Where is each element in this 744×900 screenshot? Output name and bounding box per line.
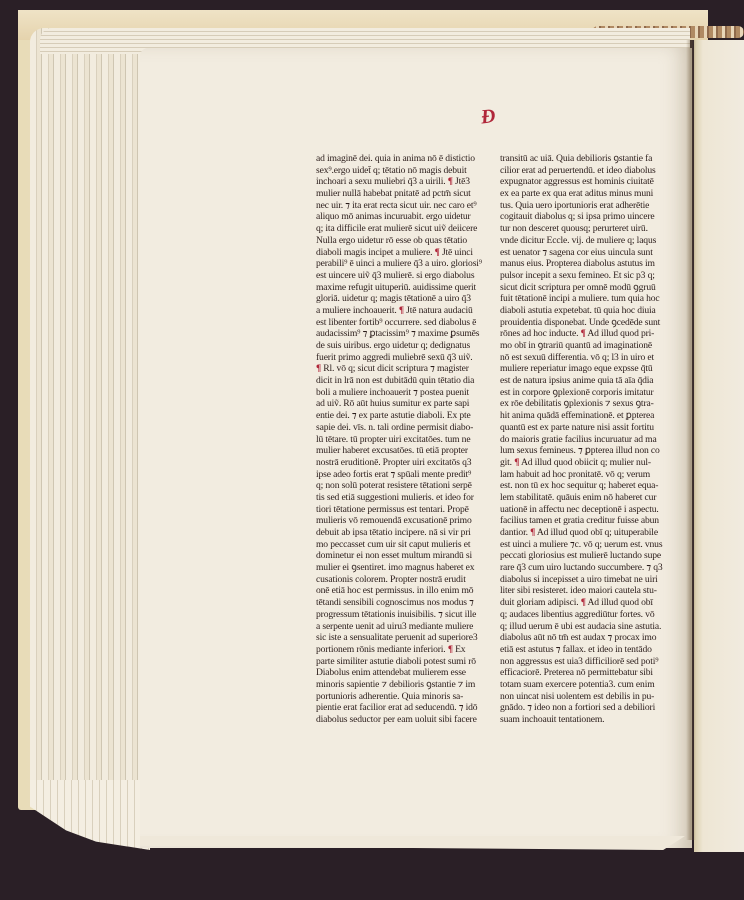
text-line: maxime refugit uituperiū. auidissime que… (316, 282, 490, 294)
text-line: portunioris adherentie. Quia minoris sa- (316, 691, 490, 703)
text-line: gloriā. uidetur q; magis tētationē a uir… (316, 293, 490, 305)
text-line: git. ¶ Ad illud quod obiicit q; mulier n… (500, 457, 674, 469)
text-line: onē etiā hoc est permissus. in illo enim… (316, 585, 490, 597)
text-line: perabili⁹ ē uinci a muliere q̄3 a uiro. … (316, 258, 490, 270)
text-line: dicit in lrā non est dubitādū quin tētat… (316, 375, 490, 387)
text-line: Nulla ergo uidetur rō esse ob quas tētat… (316, 235, 490, 247)
text-line: tus. Quia uero iportunioris erat adherēt… (500, 200, 674, 212)
text-line: debuit ab ipsa tētatio incipere. nā si v… (316, 527, 490, 539)
text-line: prouidentia disponebat. Unde ꝯcedēde sun… (500, 317, 674, 329)
text-line: etiā est astutus ⁊ fallax. et ideo in te… (500, 644, 674, 656)
text-line: transitū ac uiā. Quia debilioris ꝯstanti… (500, 153, 674, 165)
text-line: lem stabilitatē. quāuis enim nō haberet … (500, 492, 674, 504)
text-line: lū tētare. tū propter uiri excitatōes. t… (316, 434, 490, 446)
pilcrow-rubric: ¶ (448, 176, 453, 187)
text-line: sic iste a sensualitate peruenit ad supe… (316, 632, 490, 644)
photograph-scene: Đ ad imaginē dei. quia in anima nō ē dis… (0, 0, 744, 900)
text-line: cilior erat ad peruertendū. et ideo diab… (500, 165, 674, 177)
text-line: est libenter fortib⁹ occurrere. sed diab… (316, 317, 490, 329)
text-line: ad imaginē dei. quia in anima nō ē disti… (316, 153, 490, 165)
pilcrow-rubric: ¶ (399, 305, 404, 316)
text-line: pulsor incepit a sexu femineo. Et sic p3… (500, 270, 674, 282)
text-line: cusationis colorem. Propter nostrā erudi… (316, 574, 490, 586)
text-line: ¶ Rl. vō q; sicut dicit scriptura ⁊ magi… (316, 363, 490, 375)
pilcrow-rubric: ¶ (514, 457, 519, 468)
text-line: portionem rōnis mediante inferiori. ¶ Ex (316, 644, 490, 656)
text-line: non uincat nisi uolentem est debilis in … (500, 691, 674, 703)
text-line: expugnator aggressus est hominis ciuitat… (500, 176, 674, 188)
text-line: entie dei. ⁊ ex parte astutie diaboli. E… (316, 410, 490, 422)
text-line: mo peccasset cum uir sit caput mulieris … (316, 539, 490, 551)
rubricated-signature-mark: Đ (480, 106, 493, 130)
text-line: diabolus aūt nō tm̄ est audax ⁊ procax i… (500, 632, 674, 644)
gutter-shadow (686, 40, 696, 840)
text-line: diabolus si incepisset a uiro timebat ne… (500, 574, 674, 586)
page-block-fore-edge (30, 28, 150, 788)
text-line: rare q̄3 cum uiro luctando succumbere. ⁊… (500, 562, 674, 574)
text-line: inchoari a sexu muliebri q̄3 a uirili. ¶… (316, 176, 490, 188)
text-line: uationē in affectu nec deceptionē i aspe… (500, 504, 674, 516)
text-line: mo obī in ꝯtrariū quantū ad imaginationē (500, 340, 674, 352)
text-line: q; non solū poterat resistere tētationi … (316, 480, 490, 492)
text-line: cogitauit diabolus q; si ipsa primo uinc… (500, 211, 674, 223)
text-line: nostrā eruditionē. Propter uiri excitatō… (316, 457, 490, 469)
text-line: est in corpore ꝯplexionē corporis imitat… (500, 387, 674, 399)
text-line: totam suam exercere potentia3. cum enim (500, 679, 674, 691)
text-line: peccati gloriosius est mulierē luctando … (500, 550, 674, 562)
text-line: tur non desceret quousq; perurteret uirū… (500, 223, 674, 235)
text-line: liter sibi resisteret. ideo maiori caute… (500, 585, 674, 597)
text-line: parte similiter astutie diaboli potest s… (316, 656, 490, 668)
text-line: lum sexus femineus. ⁊ ꝑpterea illud non … (500, 445, 674, 457)
text-line: est uinci a muliere ⁊c. vō q; uerum est.… (500, 539, 674, 551)
pilcrow-rubric: ¶ (316, 363, 321, 374)
text-line: a serpente uenit ad uiru3 mediante mulie… (316, 621, 490, 633)
text-line: manus eius. Propterea diabolus astutus i… (500, 258, 674, 270)
text-line: vnde dicitur Eccle. vij. de muliere q; l… (500, 235, 674, 247)
text-line: mulier nullā habebat pnitatē ad pctm̄ si… (316, 188, 490, 200)
text-line: lam habuit ad hoc pronitatē. vō q; verum (500, 469, 674, 481)
text-line: diabolus seductor per eam uoluit sibi fa… (316, 714, 490, 726)
text-line: facilius tamen et gratia creditur fuisse… (500, 515, 674, 527)
text-column-right: transitū ac uiā. Quia debilioris ꝯstanti… (500, 153, 674, 726)
text-line: de suis uiribus. ergo uidetur q; dedigna… (316, 340, 490, 352)
text-line: muliere reperiatur imago eque expsse q̄t… (500, 363, 674, 375)
text-line: do maioris gratie facilius incuruatur ad… (500, 434, 674, 446)
text-line: pientie erat facilior erat ad seducendū.… (316, 702, 490, 714)
text-line: duit gloriam adipisci. ¶ Ad illud quod o… (500, 597, 674, 609)
facing-page (694, 40, 744, 852)
text-line: q; illud uerum ē ubi est audacia sine as… (500, 621, 674, 633)
text-line: mulier ei ꝯsentiret. imo magnus haberet … (316, 562, 490, 574)
text-line: a muliere inchoauerit. ¶ Jtē natura auda… (316, 305, 490, 317)
text-line: gnādo. ⁊ ideo non a fortiori sed a debil… (500, 702, 674, 714)
text-line: mulier haberet excusatōes. tū etiā propt… (316, 445, 490, 457)
pilcrow-rubric: ¶ (448, 644, 453, 655)
text-line: diaboli astutia expetebat. tū quia hoc d… (500, 305, 674, 317)
text-line: dominetur ei non esset multum mirandū si (316, 550, 490, 562)
text-line: tis sed etiā suggestioni mulieris. et id… (316, 492, 490, 504)
text-line: tiori tētatione permissus est tentari. P… (316, 504, 490, 516)
text-line: ipse adeo fortis erat ⁊ spūali mente pre… (316, 469, 490, 481)
text-line: q; audaces libentius aggrediūtur fortes.… (500, 609, 674, 621)
text-line: hit anima quādā effeminationē. et ꝑptere… (500, 410, 674, 422)
page-block-bottom-edge (30, 780, 150, 850)
text-line: nec uir. ⁊ ita erat recta sicut uir. nec… (316, 200, 490, 212)
text-line: efficaciorē. Preterea nō permittebatur s… (500, 667, 674, 679)
pilcrow-rubric: ¶ (435, 247, 440, 258)
text-line: audacissim⁹ ⁊ ꝑtacissim⁹ ⁊ maxime ꝑsumēs (316, 328, 490, 340)
text-line: sapie dei. vīs. n. tali ordine permisit … (316, 422, 490, 434)
text-line: boli a muliere inchoauerit ⁊ postea puen… (316, 387, 490, 399)
text-line: est uenator ⁊ sagena cor eius uincula su… (500, 247, 674, 259)
text-line: sicut dicit scriptura per omnē modū ꝯgru… (500, 282, 674, 294)
text-line: est uincere uiṽ q̄3 mulierē. si ergo dia… (316, 270, 490, 282)
text-line: rōnes ad hoc inducte. ¶ Ad illud quod pr… (500, 328, 674, 340)
text-line: fuit tētationē incipi a muliere. tum qui… (500, 293, 674, 305)
text-line: ex rōe debilitatis ꝯplexionis ⁊ sexus ꝯt… (500, 398, 674, 410)
text-line: minoris sapientie ⁊ debilioris ꝯstantie … (316, 679, 490, 691)
pilcrow-rubric: ¶ (581, 328, 586, 339)
text-line: progressum tētationis inuisibilis. ⁊ sic… (316, 609, 490, 621)
text-line: quantū est ex parte nature nisi assit fo… (500, 422, 674, 434)
text-line: aliquo mō animas incuruabit. ergo uidetu… (316, 211, 490, 223)
text-line: non aggressus est uia3 difficiliorē sed … (500, 656, 674, 668)
text-line: nō est sexuū differentia. vō q; l3 in ui… (500, 352, 674, 364)
text-line: tētandi sensibili cognoscimus nos modus … (316, 597, 490, 609)
text-line: Diabolus enim attendebat mulierem esse (316, 667, 490, 679)
text-line: est de natura ipsius anime quia tā aīa q… (500, 375, 674, 387)
text-line: mulieris vō remouendā excusationē primo (316, 515, 490, 527)
text-line: ex ea parte ex qua erat aditus minus mun… (500, 188, 674, 200)
text-line: est. non tū ex hoc sequitur q; haberet e… (500, 480, 674, 492)
text-line: suam inchoauit tentationem. (500, 714, 674, 726)
text-line: q; ita difficile erat mulierē sicut uiṽ … (316, 223, 490, 235)
text-line: sex⁹.ergo uidet̄ q; tētatio nō magis deb… (316, 165, 490, 177)
text-line: diaboli magis incipet a muliere. ¶ Jtē u… (316, 247, 490, 259)
text-line: ad uiṽ. Rō aūt huius sumitur ex parte sa… (316, 398, 490, 410)
pilcrow-rubric: ¶ (530, 527, 535, 538)
pilcrow-rubric: ¶ (581, 597, 586, 608)
text-column-left: ad imaginē dei. quia in anima nō ē disti… (316, 153, 490, 726)
text-line: dantior. ¶ Ad illud quod obī q; uitupera… (500, 527, 674, 539)
text-line: fuerit primo aggredi muliebrē sexū q̄3 u… (316, 352, 490, 364)
